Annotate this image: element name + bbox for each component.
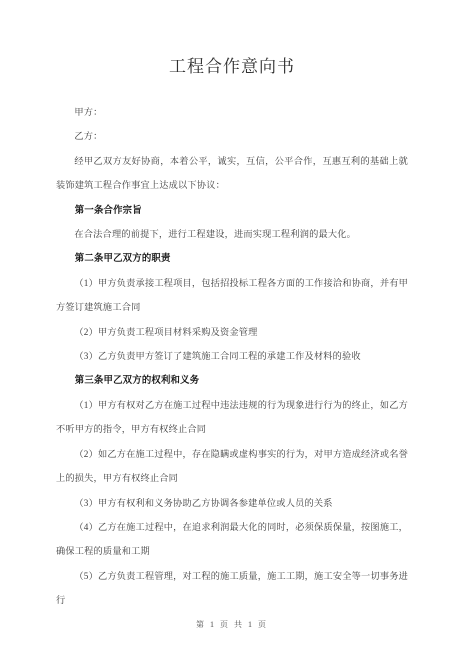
section-3-item-3: （3）甲方有权利和义务协助乙方协调各参建单位或人员的关系 [56, 491, 408, 515]
section-3-item-5: （5）乙方负责工程管理，对工程的施工质量，施工工期，施工安全等一切事务进行 [56, 564, 408, 613]
section-3-item-1: （1）甲方有权对乙方在施工过程中违法违规的行为现象进行行为的终止，如乙方不听甲方… [56, 393, 408, 442]
section-1-heading: 第一条合作宗旨 [56, 198, 408, 222]
section-3-item-2: （2）如乙方在施工过程中，存在隐瞒或虚构事实的行为，对甲方造成经济或名誉上的损失… [56, 442, 408, 491]
section-1-body: 在合法合理的前提下，进行工程建设，进而实现工程利润的最大化。 [56, 222, 408, 246]
party-b-line: 乙方： [56, 124, 408, 148]
document-body: 甲方： 乙方： 经甲乙双方友好协商，本着公平，诚实，互信，公平合作，互惠互利的基… [56, 100, 408, 613]
section-2-item-1: （1）甲方负责承接工程项目，包括招投标工程各方面的工作接洽和协商，并有甲方签订建… [56, 271, 408, 320]
section-2-item-2: （2）甲方负责工程项目材料采购及资金管理 [56, 320, 408, 344]
document-page: 工程合作意向书 甲方： 乙方： 经甲乙双方友好协商，本着公平，诚实，互信，公平合… [0, 0, 463, 655]
section-3-item-4: （4）乙方在施工过程中，在追求利润最大化的同时，必须保质保量，按图施工，确保工程… [56, 515, 408, 564]
document-title: 工程合作意向书 [56, 54, 408, 80]
preamble: 经甲乙双方友好协商，本着公平，诚实，互信，公平合作，互惠互利的基础上就装饰建筑工… [56, 149, 408, 198]
section-2-heading: 第二条甲乙双方的职责 [56, 246, 408, 270]
page-number-footer: 第 1 页 共 1 页 [56, 613, 408, 637]
party-a-line: 甲方： [56, 100, 408, 124]
section-3-heading: 第三条甲乙双方的权利和义务 [56, 368, 408, 392]
section-2-item-3: （3）乙方负责甲方签订了建筑施工合同工程的承建工作及材料的验收 [56, 344, 408, 368]
